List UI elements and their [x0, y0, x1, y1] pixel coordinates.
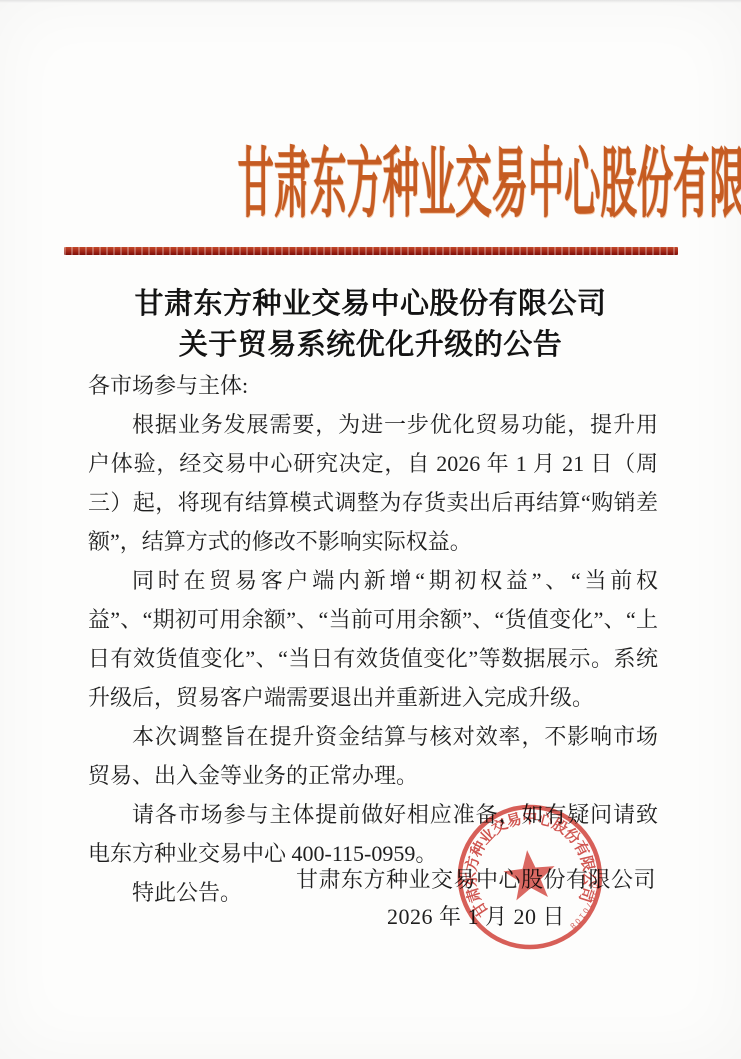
paragraph-purpose: 本次调整旨在提升资金结算与核对效率，不影响市场贸易、出入金等业务的正常办理。 — [88, 717, 658, 795]
letterhead-company-name: 甘肃东方种业交易中心股份有限公司 — [238, 122, 741, 232]
notice-title-line2: 关于贸易系统优化升级的公告 — [0, 325, 741, 366]
notice-document-page: 甘肃东方种业交易中心股份有限公司 甘肃东方种业交易中心股份有限公司 关于贸易系统… — [0, 0, 741, 1059]
letterhead: 甘肃东方种业交易中心股份有限公司 — [0, 128, 741, 228]
official-seal: 甘肃东方种业交易中心股份有限公司 0207010824 — [438, 791, 622, 966]
notice-title-line1: 甘肃东方种业交易中心股份有限公司 — [0, 284, 741, 325]
paragraph-client-new-fields: 同时在贸易客户端内新增“期初权益”、“当前权益”、“期初可用余额”、“当前可用余… — [88, 561, 658, 717]
seal-star-icon — [502, 847, 558, 901]
letterhead-divider-line — [64, 247, 678, 255]
paragraph-settlement-change: 根据业务发展需要，为进一步优化贸易功能，提升用户体验，经交易中心研究决定，自 2… — [88, 405, 658, 561]
notice-title: 甘肃东方种业交易中心股份有限公司 关于贸易系统优化升级的公告 — [0, 284, 741, 366]
salutation: 各市场参与主体: — [88, 366, 658, 405]
